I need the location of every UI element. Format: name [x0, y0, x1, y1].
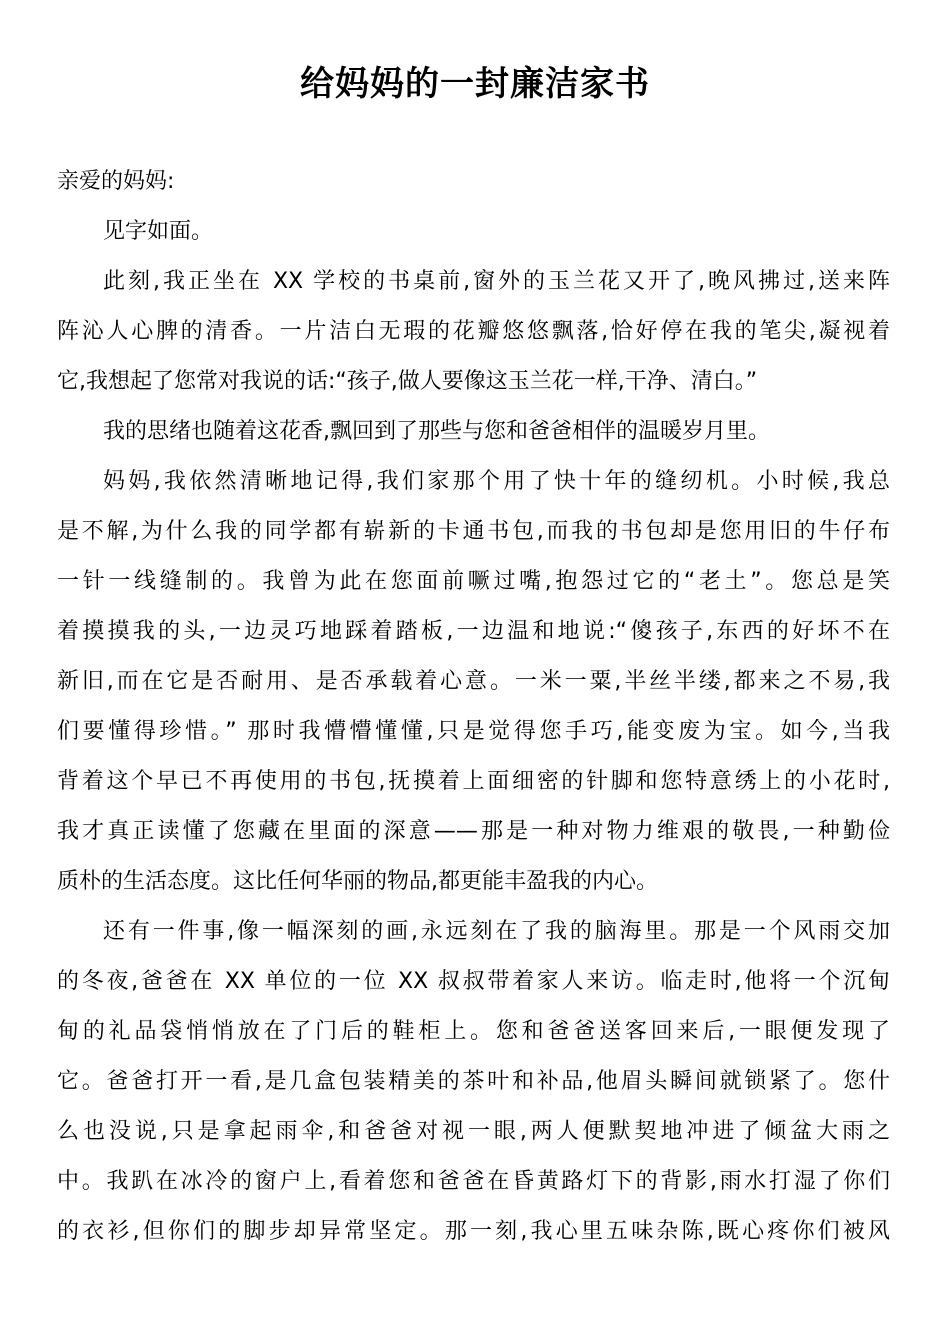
- text-line: 着摸摸我的头,一边灵巧地踩着踏板,一边温和地说:“傻孩子,东西的好坏不在: [57, 607, 890, 657]
- text-line: 见字如面。: [57, 207, 890, 257]
- text-line: 的冬夜,爸爸在 XX 单位的一位 XX 叔叔带着家人来访。临走时,他将一个沉甸: [57, 957, 890, 1007]
- text-line: 亲爱的妈妈:: [57, 157, 890, 207]
- text-line: 阵沁人心脾的清香。一片洁白无瑕的花瓣悠悠飘落,恰好停在我的笔尖,凝视着: [57, 307, 890, 357]
- text-line: 还有一件事,像一幅深刻的画,永远刻在了我的脑海里。那是一个风雨交加: [57, 907, 890, 957]
- text-line: 它,我想起了您常对我说的话:“孩子,做人要像这玉兰花一样,干净、清白。”: [57, 357, 890, 407]
- document-body: 亲爱的妈妈:见字如面。此刻,我正坐在 XX 学校的书桌前,窗外的玉兰花又开了,晚…: [57, 157, 890, 1257]
- text-line: 么也没说,只是拿起雨伞,和爸爸对视一眼,两人便默契地冲进了倾盆大雨之: [57, 1107, 890, 1157]
- text-line: 们要懂得珍惜。” 那时我懵懵懂懂,只是觉得您手巧,能变废为宝。如今,当我: [57, 707, 890, 757]
- text-line: 新旧,而在它是否耐用、是否承载着心意。一米一粟,半丝半缕,都来之不易,我: [57, 657, 890, 707]
- text-line: 一针一线缝制的。我曾为此在您面前噘过嘴,抱怨过它的“老土”。您总是笑: [57, 557, 890, 607]
- text-line: 我才真正读懂了您藏在里面的深意——那是一种对物力维艰的敬畏,一种勤俭: [57, 807, 890, 857]
- text-line: 质朴的生活态度。这比任何华丽的物品,都更能丰盈我的内心。: [57, 857, 890, 907]
- text-line: 此刻,我正坐在 XX 学校的书桌前,窗外的玉兰花又开了,晚风拂过,送来阵: [57, 257, 890, 307]
- text-line: 背着这个早已不再使用的书包,抚摸着上面细密的针脚和您特意绣上的小花时,: [57, 757, 890, 807]
- text-line: 我的思绪也随着这花香,飘回到了那些与您和爸爸相伴的温暖岁月里。: [57, 407, 890, 457]
- text-line: 是不解,为什么我的同学都有崭新的卡通书包,而我的书包却是您用旧的牛仔布: [57, 507, 890, 557]
- text-line: 它。爸爸打开一看,是几盒包装精美的茶叶和补品,他眉头瞬间就锁紧了。您什: [57, 1057, 890, 1107]
- document-title: 给妈妈的一封廉洁家书: [0, 0, 950, 112]
- text-line: 的衣衫,但你们的脚步却异常坚定。那一刻,我心里五味杂陈,既心疼你们被风: [57, 1207, 890, 1257]
- text-line: 甸的礼品袋悄悄放在了门后的鞋柜上。您和爸爸送客回来后,一眼便发现了: [57, 1007, 890, 1057]
- text-line: 妈妈,我依然清晰地记得,我们家那个用了快十年的缝纫机。小时候,我总: [57, 457, 890, 507]
- document-page: 给妈妈的一封廉洁家书 亲爱的妈妈:见字如面。此刻,我正坐在 XX 学校的书桌前,…: [0, 0, 950, 1344]
- text-line: 中。我趴在冰冷的窗户上,看着您和爸爸在昏黄路灯下的背影,雨水打湿了你们: [57, 1157, 890, 1207]
